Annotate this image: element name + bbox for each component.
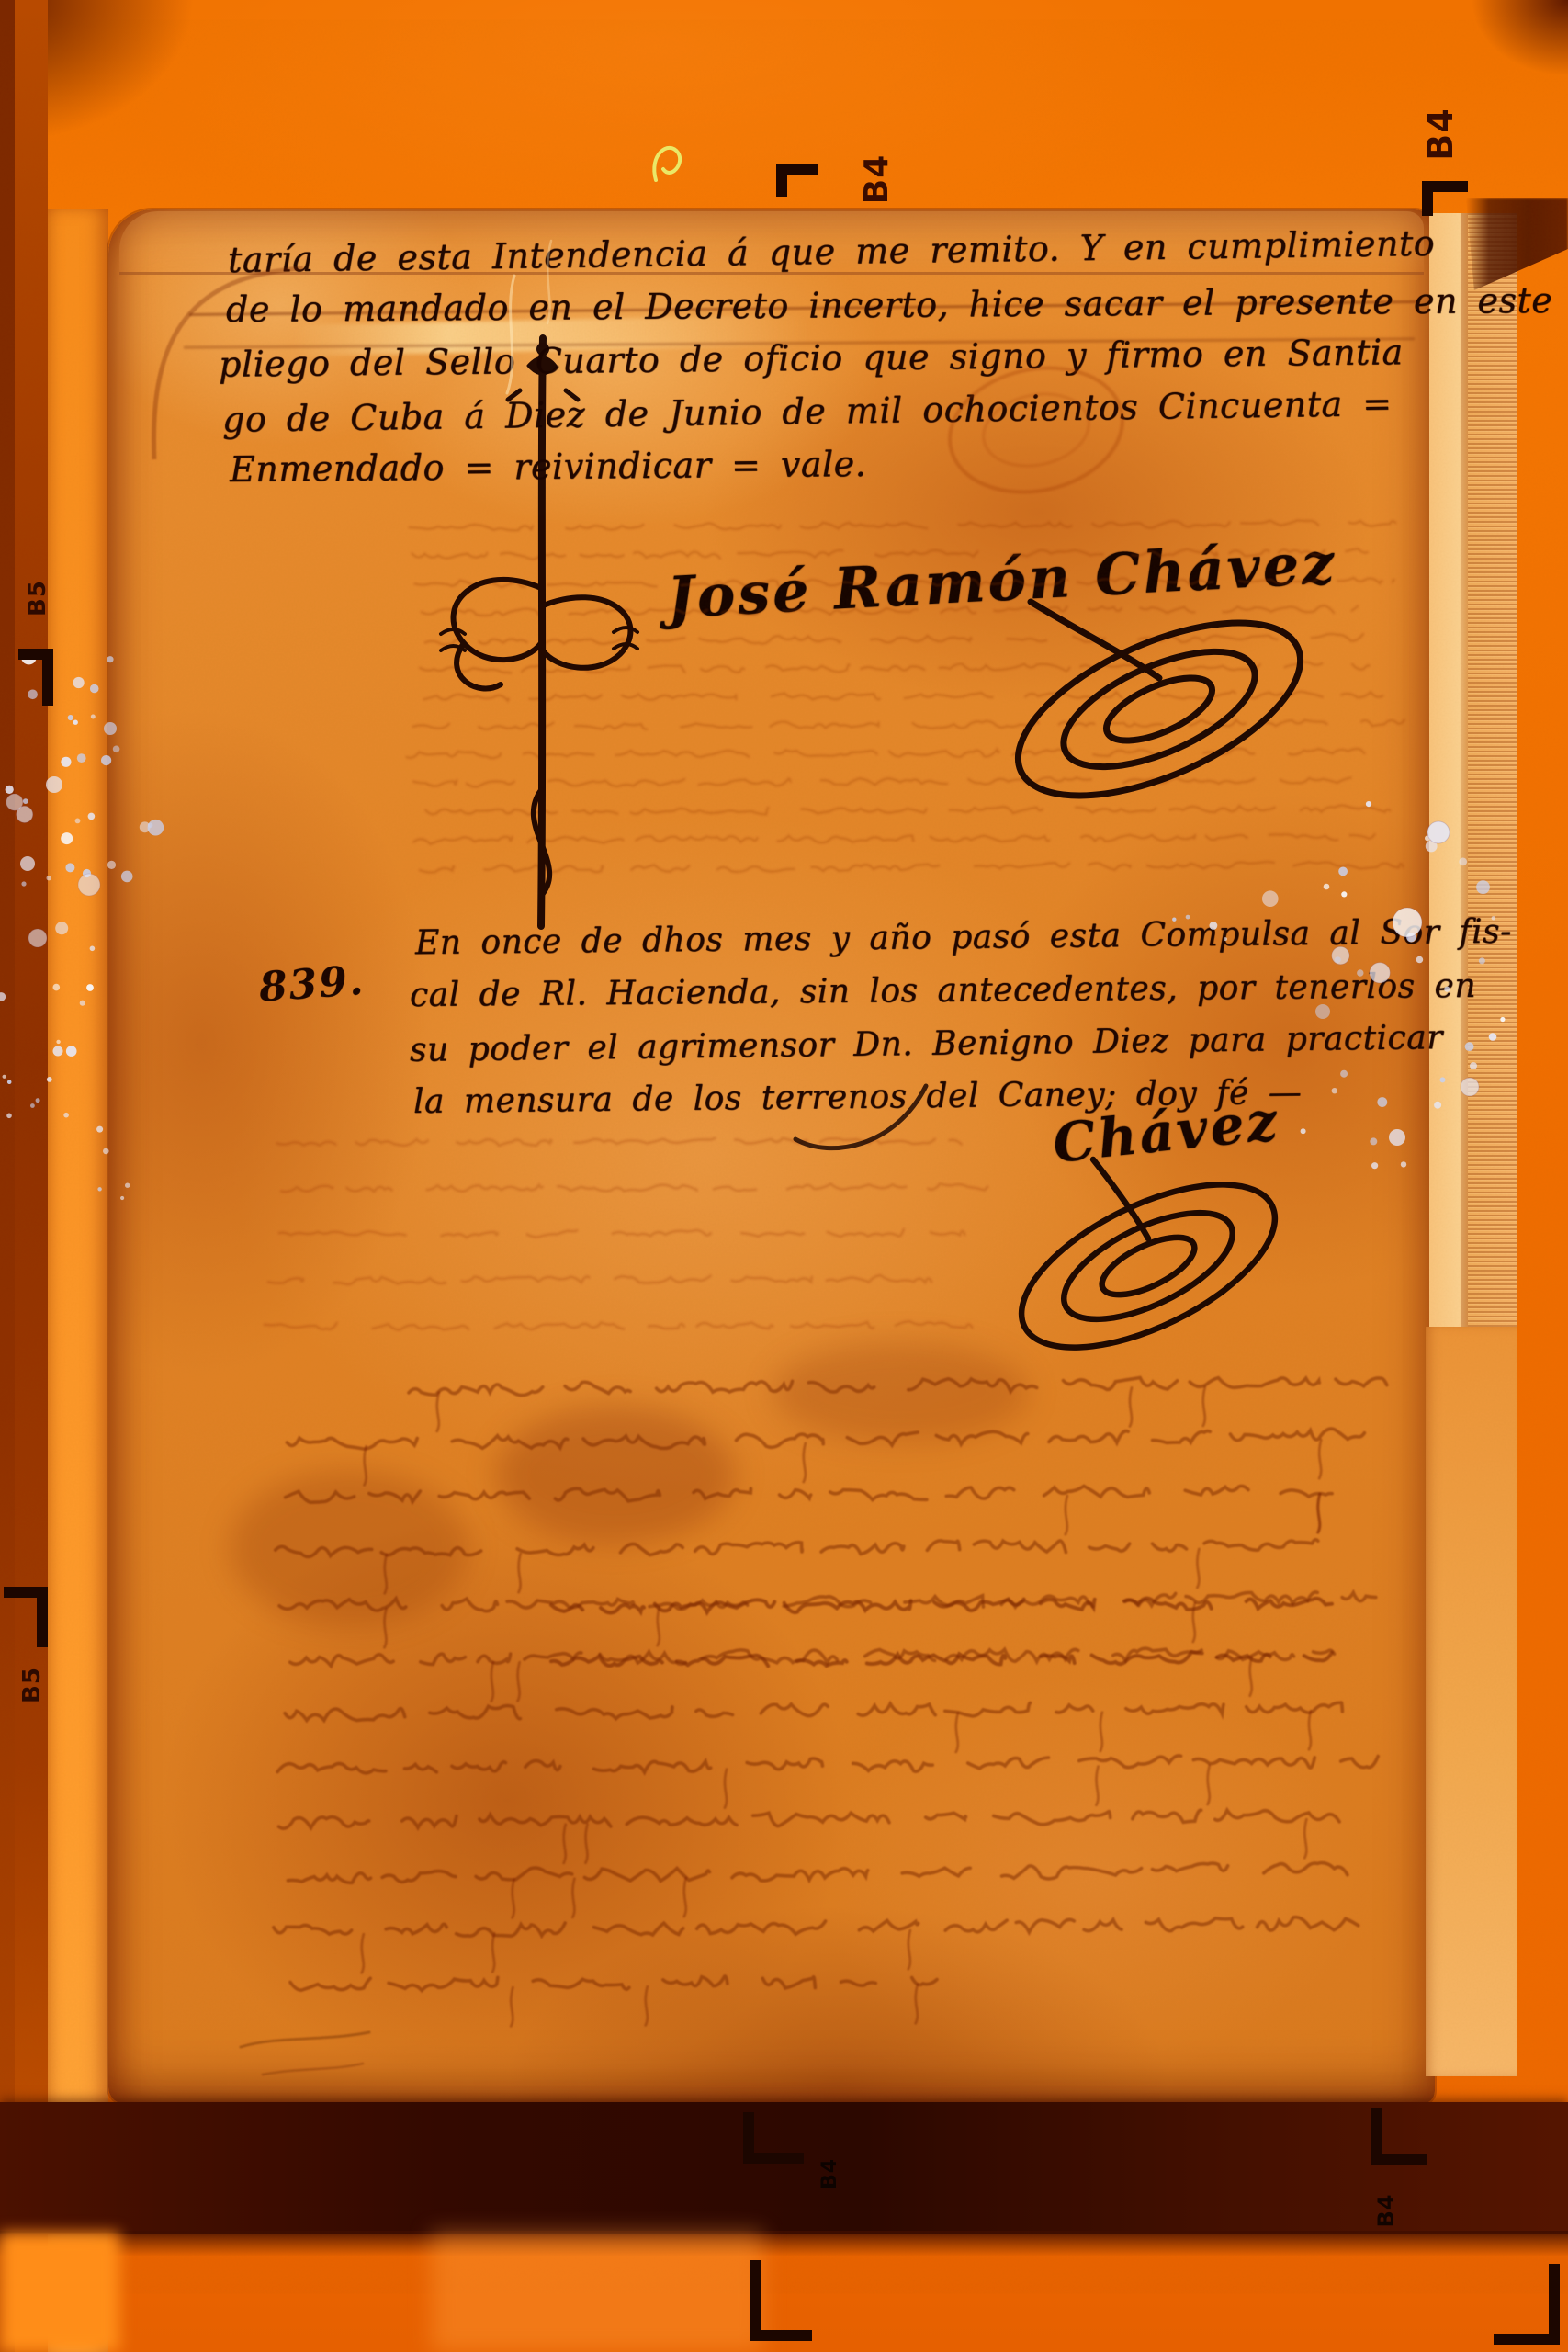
photo-artifacts-layer [0,0,1568,2352]
film-shadow-band [0,2102,1568,2234]
film-shadow-band-fade [0,2231,1568,2256]
light-patch [0,2233,119,2352]
light-patch [432,2233,762,2352]
film-frame: taría de esta Intendencia á que me remit… [0,0,1568,2352]
